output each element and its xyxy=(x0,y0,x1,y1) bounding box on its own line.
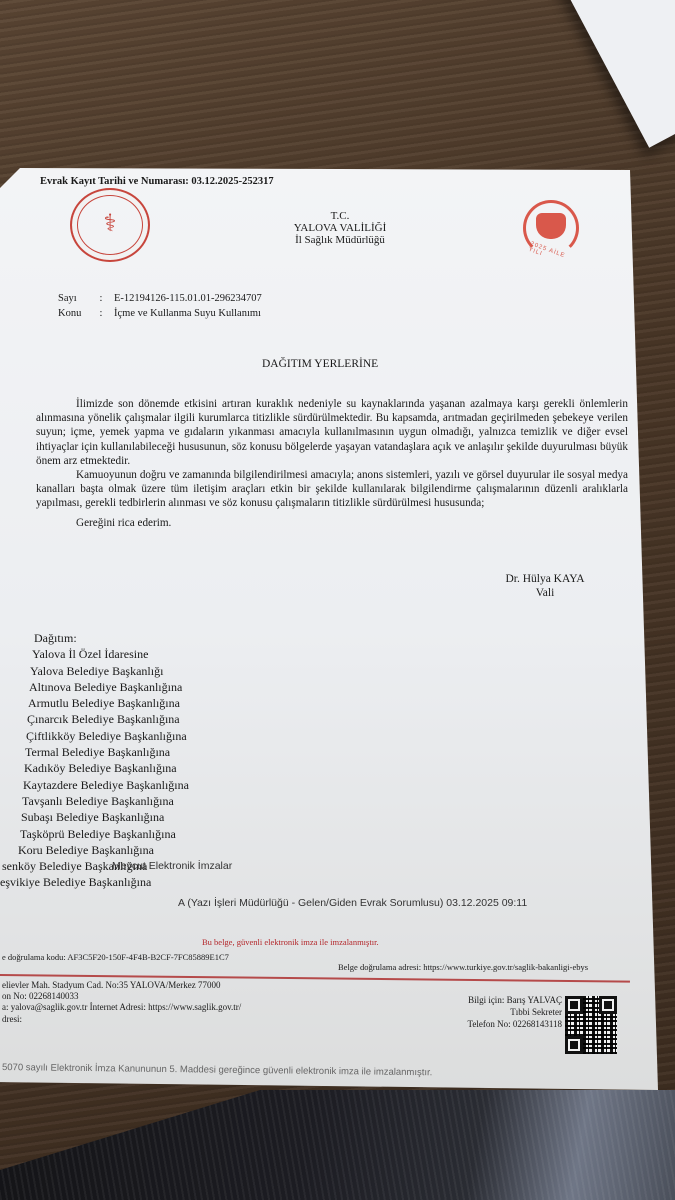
secure-signature-notice: Bu belge, güvenli elektronik imza ile im… xyxy=(202,937,379,947)
list-item: Subaşı Belediye Başkanlığına xyxy=(20,809,189,825)
caduceus-icon: ⚕ xyxy=(100,210,120,238)
list-item: Koru Belediye Başkanlığına xyxy=(18,842,189,858)
list-item: Armutlu Belediye Başkanlığına xyxy=(20,695,189,711)
family-year-caption: 2025 AİLE YILI xyxy=(527,241,576,269)
family-figures-icon xyxy=(536,213,566,239)
registration-number: Evrak Kayıt Tarihi ve Numarası: 03.12.20… xyxy=(40,176,274,187)
contact-info: Bilgi için: Barış YALVAÇ Tıbbi Sekreter … xyxy=(450,994,562,1030)
qr-code-icon xyxy=(565,996,617,1054)
distribution-list: Dağıtım: Yalova İl Özel İdaresine Yalova… xyxy=(20,630,189,891)
institution-address: elievler Mah. Stadyum Cad. No:35 YALOVA/… xyxy=(2,980,241,1025)
signer-title: Vali xyxy=(490,586,600,600)
sayi-value: E-12194126-115.01.01-296234707 xyxy=(114,293,262,304)
konu-label: Konu xyxy=(58,308,88,319)
list-item: Taşköprü Belediye Başkanlığına xyxy=(20,826,189,842)
contact-person: Bilgi için: Barış YALVAÇ xyxy=(450,994,562,1006)
qr-finder-icon xyxy=(565,1036,583,1054)
phone-line: on No: 02268140033 xyxy=(2,991,241,1002)
email-web-line[interactable]: a: yalova@saglik.gov.tr İnternet Adresi:… xyxy=(2,1002,241,1013)
official-letter: Evrak Kayıt Tarihi ve Numarası: 03.12.20… xyxy=(0,0,675,1200)
list-item: Çiftlikköy Belediye Başkanlığına xyxy=(20,728,189,744)
list-item: Yalova İl Özel İdaresine xyxy=(20,646,189,662)
list-item: Tavşanlı Belediye Başkanlığına xyxy=(20,793,189,809)
subject-row: Konu:İçme ve Kullanma Suyu Kullanımı xyxy=(58,308,261,319)
sayi-label: Sayı xyxy=(58,293,88,304)
family-year-logo-icon: 2025 AİLE YILI xyxy=(523,200,579,256)
address-line: elievler Mah. Stadyum Cad. No:35 YALOVA/… xyxy=(2,980,241,991)
letterhead-directorate: İl Sağlık Müdürlüğü xyxy=(240,234,440,246)
verification-code: e doğrulama kodu: AF3C5F20-150F-4F4B-B2C… xyxy=(2,952,229,962)
health-ministry-logo-icon: ⚕ xyxy=(70,188,150,262)
list-item: eşvikiye Belediye Başkanlığına xyxy=(0,874,189,890)
closing-line: Gereğini rica ederim. xyxy=(36,516,628,530)
signature-block: Dr. Hülya KAYA Vali xyxy=(490,572,600,600)
list-item: Yalova Belediye Başkanlığı xyxy=(20,663,189,679)
addressee-title: DAĞITIM YERLERİNE xyxy=(262,358,378,370)
electronic-signatures-label: Mevcut Elektronik İmzalar xyxy=(112,860,232,872)
qr-finder-icon xyxy=(565,996,583,1014)
kep-address-line: dresi: xyxy=(2,1014,241,1025)
list-item: Termal Belediye Başkanlığına xyxy=(20,744,189,760)
list-item: Kadıköy Belediye Başkanlığına xyxy=(20,760,189,776)
letterhead: T.C. YALOVA VALİLİĞİ İl Sağlık Müdürlüğü xyxy=(240,210,440,246)
body-paragraph: İlimizde son dönemde etkisini artıran ku… xyxy=(36,397,628,468)
law-notice: 5070 sayılı Elektronik İmza Kanununun 5.… xyxy=(2,1062,432,1078)
electronic-signature-entry: A (Yazı İşleri Müdürlüğü - Gelen/Giden E… xyxy=(178,897,527,909)
list-item: Çınarcık Belediye Başkanlığına xyxy=(20,711,189,727)
letterhead-governorship: YALOVA VALİLİĞİ xyxy=(240,222,440,234)
body-paragraph: Kamuoyunun doğru ve zamanında bilgilendi… xyxy=(36,468,628,511)
qr-finder-icon xyxy=(599,996,617,1014)
signer-name: Dr. Hülya KAYA xyxy=(490,572,600,586)
verification-address[interactable]: Belge doğrulama adresi: https://www.turk… xyxy=(338,962,588,972)
list-item: Kaytazdere Belediye Başkanlığına xyxy=(20,777,189,793)
letter-body: İlimizde son dönemde etkisini artıran ku… xyxy=(36,397,628,530)
konu-value: İçme ve Kullanma Suyu Kullanımı xyxy=(114,308,261,319)
list-item: Altınova Belediye Başkanlığına xyxy=(20,679,189,695)
contact-phone: Telefon No: 02268143118 xyxy=(450,1018,562,1030)
distribution-label: Dağıtım: xyxy=(20,630,189,646)
document-number-row: Sayı:E-12194126-115.01.01-296234707 xyxy=(58,293,262,304)
contact-role: Tıbbi Sekreter xyxy=(450,1006,562,1018)
letterhead-tc: T.C. xyxy=(240,210,440,222)
